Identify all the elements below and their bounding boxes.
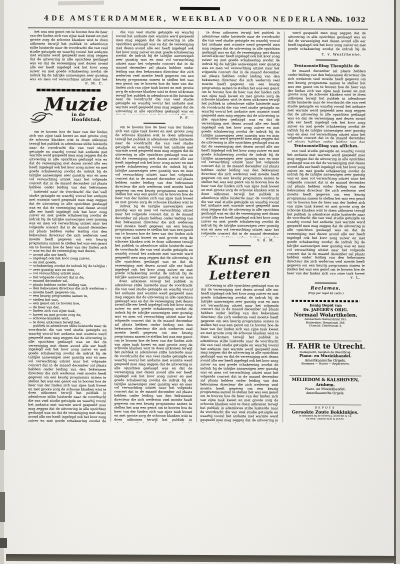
article-paragraph: publiek in ademlooze stilte luisterde na…	[28, 324, 106, 422]
article-paragraph: om te hooren hoe de heer van der linden …	[29, 130, 107, 190]
ad-line: Utrecht: Choorstraat 4.	[287, 325, 365, 329]
scan-artifact	[0, 262, 5, 296]
article-paragraph: doen uitkomen terwijl het publiek in ade…	[114, 280, 193, 423]
dialogue-block: — was en dat de vereeniging met dezen,— …	[29, 249, 107, 324]
muziek-section-heading: Muziekin de Hoofdstad.	[29, 93, 107, 130]
ad-line: H. FAHR te Utrecht.	[286, 343, 364, 352]
news-column-3: te doen uitkomen terwijl het publiek in …	[200, 31, 280, 423]
column-content: het was een genot om te hooren hoe de he…	[28, 30, 108, 422]
reclames-subtitle: (Prijs per regel 40 cents.)	[287, 291, 365, 295]
divider-rule	[315, 283, 337, 284]
issue-number: No. 1032	[329, 14, 366, 26]
divider-rule	[229, 245, 251, 246]
reclames-header: Reclames.(Prijs per regel 40 cents.)	[287, 285, 365, 299]
scan-artifact	[0, 538, 7, 548]
scan-edge-right	[396, 0, 400, 564]
ornament-flourish-icon	[29, 106, 58, 123]
article-paragraph: van veel studie getuigde en waarbij voor…	[287, 149, 366, 274]
ad-divider-rule	[289, 375, 361, 376]
advertisement-bokking: DÉPÔTSGerookte Zoute Bokkinkjes.Te bekom…	[286, 403, 364, 423]
advertisement-kalshoven: MELIEDOM & KALSHOVEN,Arnhem.Piano- en Mu…	[286, 374, 364, 403]
news-column-4: werd gespeeld men mag zeggen dat de uitv…	[286, 31, 366, 423]
column-separator	[196, 31, 199, 422]
newspaper-scan-page: 4 DE AMSTERDAMMER, WEEKBLAD VOOR NEDERLA…	[0, 0, 400, 564]
ad-divider-rule	[289, 404, 361, 405]
column-separator	[110, 31, 113, 422]
divider-rule	[316, 60, 338, 61]
article-paragraph: uitvoering in alle opzichten geslaagd wa…	[200, 284, 279, 423]
article-paragraph: de maand december zal plaats hebben onde…	[287, 69, 365, 142]
article-paragraph: indruk bij de talrijke aanwezigen zeer g…	[115, 205, 193, 280]
article-paragraph: te doen uitkomen terwijl het publiek in …	[201, 31, 279, 137]
scan-artifact	[0, 492, 5, 522]
column-content: werd gespeeld men mag zeggen dat de uitv…	[286, 31, 366, 423]
column-content: die van veel studie getuigde en waarbij …	[114, 31, 194, 423]
ad-line: Stemmen — Huren — Repareeren.	[286, 363, 364, 367]
news-column-1: het was een genot om te hooren hoe de he…	[28, 30, 108, 422]
divider-rule	[143, 123, 165, 124]
advertisement-jaeger: Eenig Depôt vanDr. JAEGER'S ORIG.Normaal…	[287, 299, 365, 339]
article-paragraph: luisterde naar de voordracht die van vee…	[29, 190, 107, 249]
ad-line: en Wed. GERRITSEN & ZOON.	[286, 418, 364, 421]
kunst-letteren-text: Kunst en Letteren	[201, 251, 279, 283]
scan-artifact	[0, 150, 4, 190]
scan-edge-line	[394, 0, 396, 564]
news-column-2: die van veel studie getuigde en waarbij …	[114, 31, 194, 423]
advertisement-fahr: H. FAHR te Utrecht.Oudegracht, bezijden …	[286, 339, 364, 374]
ad-divider-rule	[290, 340, 362, 341]
scan-artifact	[0, 430, 5, 450]
header-rule	[28, 27, 368, 29]
kunst-letteren-heading: Kunst en Letteren	[201, 248, 279, 284]
scan-artifact	[58, 1, 104, 6]
ornament-bar-fill	[37, 89, 101, 92]
column-area: het was een genot om te hooren hoe de he…	[28, 30, 366, 423]
ad-ornament-rule	[292, 300, 360, 302]
column-separator	[282, 31, 285, 422]
ad-line: Amerikaansche Orgels.	[286, 391, 364, 395]
masthead-title: DE AMSTERDAMMER, WEEKBLAD VOOR NEDERLAND…	[30, 11, 366, 25]
column-content: te doen uitkomen terwijl het publiek in …	[200, 31, 280, 423]
article-paragraph: warmte werd gespeeld men mag zeggen dat …	[201, 137, 279, 237]
article-paragraph: om te hooren hoe de heer van der linden …	[115, 126, 193, 205]
article-paragraph: die van veel studie getuigde en waarbij …	[115, 31, 193, 115]
masthead-ornament-bar	[180, 7, 220, 10]
page-header: 4 DE AMSTERDAMMER, WEEKBLAD VOOR NEDERLA…	[30, 11, 366, 25]
article-paragraph: het was een genot om te hooren hoe de he…	[30, 30, 108, 80]
newspaper-sheet: 4 DE AMSTERDAMMER, WEEKBLAD VOOR NEDERLA…	[0, 0, 400, 564]
article-paragraph: werd gespeeld men mag zeggen dat de uitv…	[288, 31, 366, 51]
